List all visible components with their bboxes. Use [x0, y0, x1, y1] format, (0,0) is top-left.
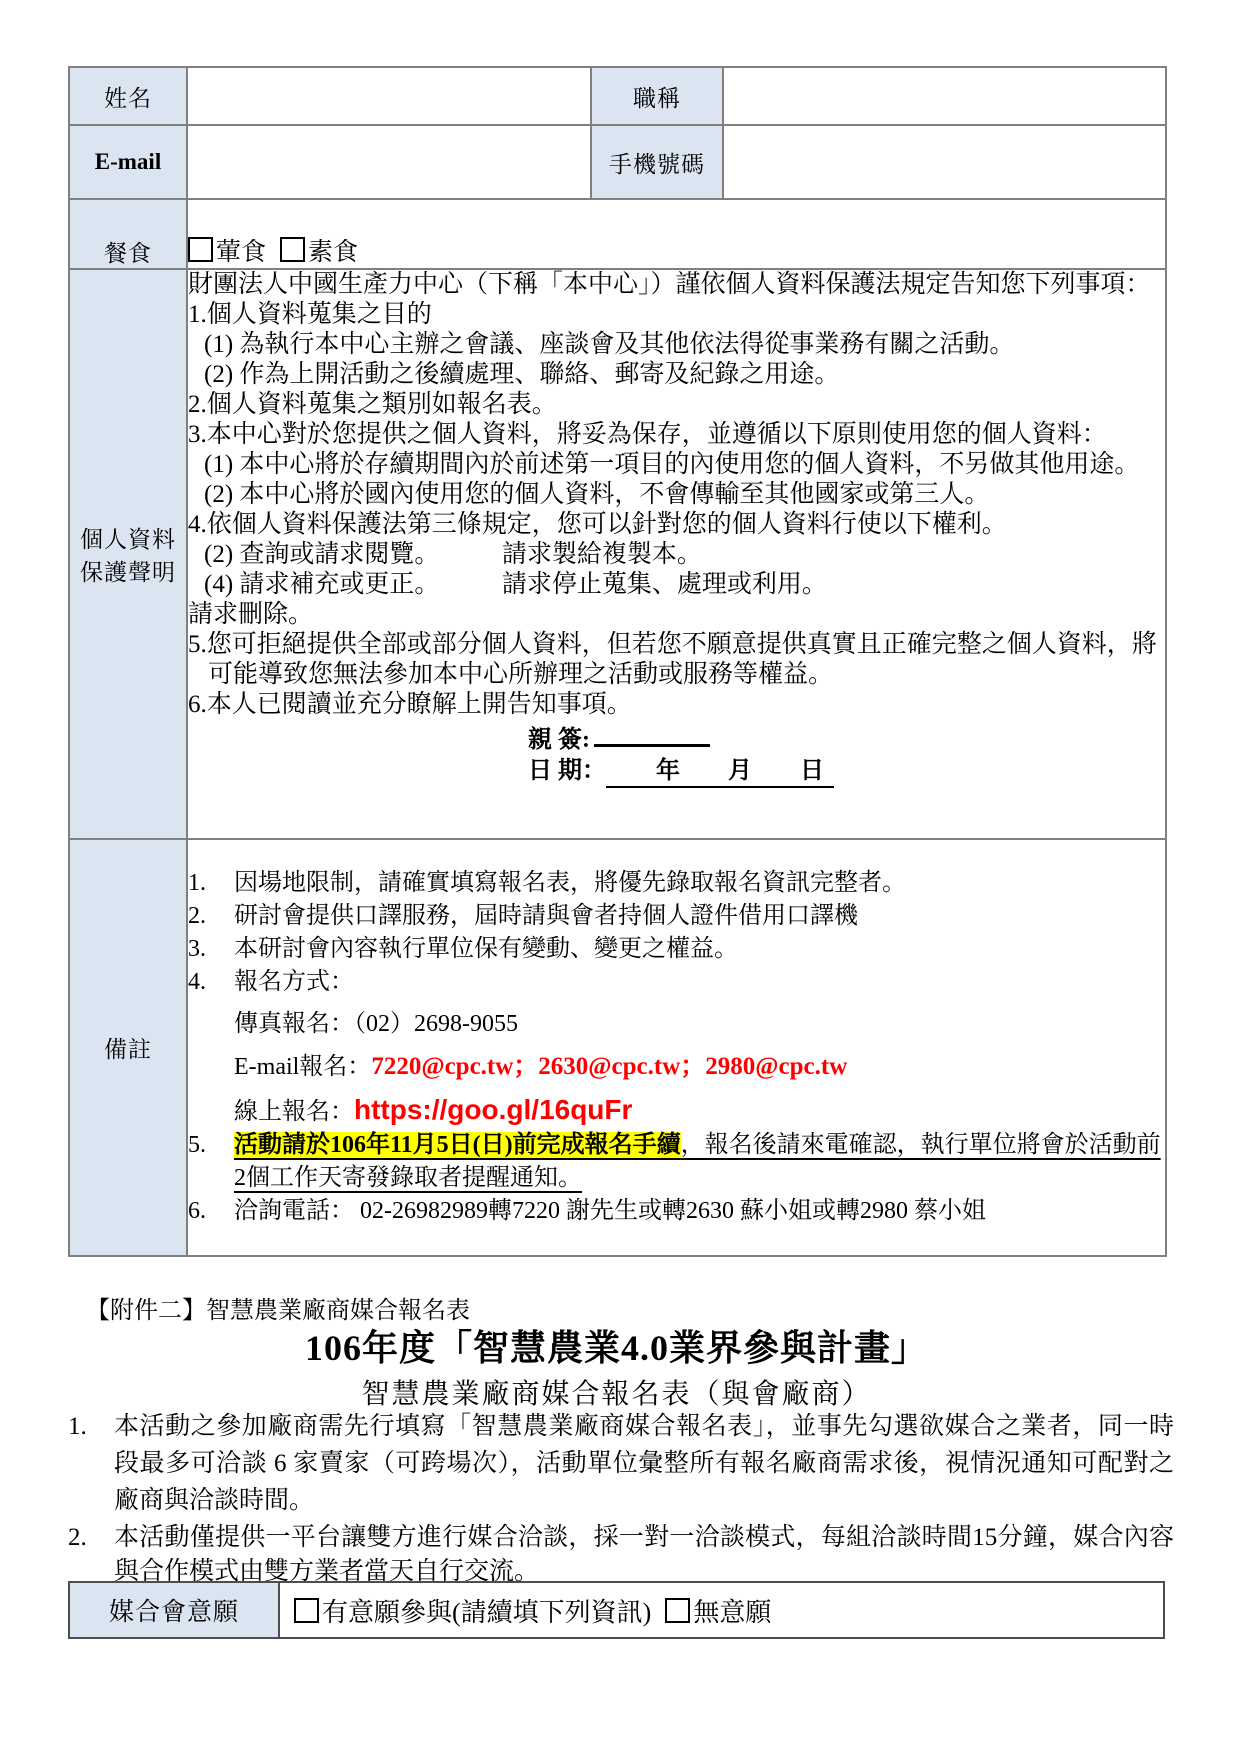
meat-checkbox-label: 葷食 [216, 239, 266, 266]
paragraph-number: 2. [68, 1521, 114, 1589]
online-registration-link[interactable]: https://goo.gl/16quFr [354, 1094, 632, 1125]
email-registration-line: E-mail報名：7220@cpc.tw；2630@cpc.tw；2980@cp… [234, 1050, 1165, 1084]
fax-line: 傳真報名：（02）2698-9055 [234, 1008, 1165, 1041]
mobile-input-cell[interactable] [723, 125, 1166, 199]
paragraph-number: 1. [68, 1408, 114, 1519]
remark-number: 4. [188, 966, 234, 999]
matching-options-cell: 有意願參與(請續填下列資訊)無意願 [279, 1582, 1164, 1638]
instruction-paragraph: 2. 本活動僅提供一平台讓雙方進行媒合洽談，採一對一洽談模式，每組洽談時間15分… [68, 1521, 1178, 1589]
fax-number: （02）2698-9055 [354, 1011, 518, 1037]
unwilling-checkbox-label: 無意願 [693, 1598, 771, 1627]
date-line: 日 期： 年 月 日 [528, 756, 1165, 788]
privacy-line: 6.本人已閱讀並充分瞭解上開告知事項。 [188, 690, 1165, 720]
remark-item: 3. 本研討會內容執行單位保有變動、變更之權益。 [188, 933, 1165, 966]
form-subtitle: 智慧農業廠商媒合報名表（與會廠商） [68, 1372, 1165, 1412]
paragraph-text: 本活動之參加廠商需先行填寫「智慧農業廠商媒合報名表」，並事先勾選欲媒合之業者，同… [114, 1408, 1178, 1519]
privacy-line: 5.您可拒絕提供全部或部分個人資料，但若您不願意提供真實且正確完整之個人資料，將… [188, 630, 1165, 690]
privacy-line: (2) 查詢或請求閱覽。 請求製給複製本。 [188, 540, 1165, 570]
jobtitle-input-cell[interactable] [723, 67, 1166, 125]
remark-text: 因場地限制，請確實填寫報名表，將優先錄取報名資訊完整者。 [234, 867, 1165, 900]
remark-number: 1. [188, 867, 234, 900]
veg-checkbox-label: 素食 [308, 239, 358, 266]
privacy-line: 1.個人資料蒐集之目的 [188, 300, 1165, 330]
email-input-cell[interactable] [187, 125, 591, 199]
email-label: E-mail [69, 125, 187, 199]
email-registration-label: E-mail報名： [234, 1054, 371, 1080]
remark-item: 1. 因場地限制，請確實填寫報名表，將優先錄取報名資訊完整者。 [188, 867, 1165, 900]
registration-table: 姓名 職稱 E-mail 手機號碼 餐食 葷食素食 個人資料 保護聲明 財團法人… [68, 66, 1167, 1257]
meat-checkbox[interactable] [188, 237, 213, 262]
privacy-label-line1: 個人資料 [70, 521, 186, 554]
meal-label: 餐食 [69, 199, 187, 269]
form-title: 106年度「智慧農業4.0業界參與計畫」 [68, 1320, 1165, 1371]
unwilling-checkbox[interactable] [665, 1598, 690, 1623]
table-row: 備註 1. 因場地限制，請確實填寫報名表，將優先錄取報名資訊完整者。 2. 研討… [69, 839, 1166, 1256]
jobtitle-label: 職稱 [591, 67, 723, 125]
veg-checkbox[interactable] [280, 237, 305, 262]
signature-line: 親 簽: [528, 722, 1165, 754]
remark-number: 3. [188, 933, 234, 966]
deadline-highlight: 活動請於106年11月5日(日)前完成報名手續 [234, 1132, 681, 1158]
remark-text: 研討會提供口譯服務，屆時請與會者持個人證件借用口譯機 [234, 900, 1165, 933]
table-row: 媒合會意願 有意願參與(請續填下列資訊)無意願 [69, 1582, 1164, 1638]
matching-willingness-table: 媒合會意願 有意願參與(請續填下列資訊)無意願 [68, 1581, 1165, 1639]
remark-number: 5. [188, 1129, 234, 1162]
date-label: 日 期： [528, 758, 606, 784]
remarks-list: 1. 因場地限制，請確實填寫報名表，將優先錄取報名資訊完整者。 2. 研討會提供… [187, 839, 1166, 1256]
privacy-line: (2) 作為上開活動之後續處理、聯絡、郵寄及紀錄之用途。 [188, 360, 1165, 390]
remark-item: 2. 研討會提供口譯服務，屆時請與會者持個人證件借用口譯機 [188, 900, 1165, 933]
remark-item: 5. 活動請於106年11月5日(日)前完成報名手續，報名後請來電確認，執行單位… [188, 1129, 1165, 1195]
remark-item: 6. 洽詢電話： 02-26982989轉7220 謝先生或轉2630 蘇小姐或… [188, 1195, 1165, 1228]
online-registration-label: 線上報名： [234, 1099, 354, 1125]
willing-checkbox[interactable] [294, 1598, 319, 1623]
instruction-paragraph: 1. 本活動之參加廠商需先行填寫「智慧農業廠商媒合報名表」，並事先勾選欲媒合之業… [68, 1408, 1178, 1519]
fax-label: 傳真報名： [234, 1011, 354, 1037]
remark-number: 6. [188, 1195, 234, 1228]
name-input-cell[interactable] [187, 67, 591, 125]
privacy-statement-text: 財團法人中國生產力中心（下稱「本中心」）謹依個人資料保護法規定告知您下列事項： … [187, 269, 1166, 839]
privacy-line: 財團法人中國生產力中心（下稱「本中心」）謹依個人資料保護法規定告知您下列事項： [188, 270, 1165, 300]
privacy-line: (1) 為執行本中心主辦之會議、座談會及其他依法得從事業務有關之活動。 [188, 330, 1165, 360]
table-row: E-mail 手機號碼 [69, 125, 1166, 199]
remark-text: 本研討會內容執行單位保有變動、變更之權益。 [234, 933, 1165, 966]
date-blank[interactable]: 年 月 日 [606, 756, 834, 788]
privacy-line: 4.依個人資料保護法第三條規定，您可以針對您的個人資料行使以下權利。 [188, 510, 1165, 540]
registration-method-title: 報名方式： [234, 966, 1165, 999]
privacy-line: 請求刪除。 [188, 600, 1165, 630]
privacy-line: (2) 本中心將於國內使用您的個人資料，不會傳輸至其他國家或第三人。 [188, 480, 1165, 510]
table-row: 姓名 職稱 [69, 67, 1166, 125]
privacy-line: (1) 本中心將於存續期間內於前述第一項目的內使用您的個人資料，不另做其他用途。 [188, 450, 1165, 480]
remark-item: 4. 報名方式： 傳真報名：（02）2698-9055 E-mail報名：722… [188, 966, 1165, 1129]
paragraph-text: 本活動僅提供一平台讓雙方進行媒合洽談，採一對一洽談模式，每組洽談時間15分鐘，媒… [114, 1521, 1178, 1589]
table-row: 餐食 葷食素食 [69, 199, 1166, 269]
deadline-notice: 活動請於106年11月5日(日)前完成報名手續，報名後請來電確認，執行單位將會於… [234, 1129, 1165, 1195]
online-registration-line: 線上報名：https://goo.gl/16quFr [234, 1093, 1165, 1129]
remark-number: 2. [188, 900, 234, 933]
meal-options-cell: 葷食素食 [187, 199, 1166, 269]
signature-label: 親 簽: [528, 727, 590, 753]
table-row: 個人資料 保護聲明 財團法人中國生產力中心（下稱「本中心」）謹依個人資料保護法規… [69, 269, 1166, 839]
registration-methods: 報名方式： 傳真報名：（02）2698-9055 E-mail報名：7220@c… [234, 966, 1165, 1129]
privacy-line: (4) 請求補充或更正。 請求停止蒐集、處理或利用。 [188, 570, 1165, 600]
remarks-label: 備註 [69, 839, 187, 1256]
contact-phone-text: 洽詢電話： 02-26982989轉7220 謝先生或轉2630 蘇小姐或轉29… [234, 1195, 1165, 1228]
matching-willingness-label: 媒合會意願 [69, 1582, 279, 1638]
name-label: 姓名 [69, 67, 187, 125]
email-addresses: 7220@cpc.tw；2630@cpc.tw；2980@cpc.tw [371, 1053, 847, 1080]
signature-blank[interactable] [594, 722, 710, 747]
willing-checkbox-label: 有意願參與(請續填下列資訊) [322, 1598, 651, 1627]
privacy-line: 2.個人資料蒐集之類別如報名表。 [188, 390, 1165, 420]
privacy-line: 3.本中心對於您提供之個人資料，將妥為保存，並遵循以下原則使用您的個人資料： [188, 420, 1165, 450]
privacy-statement-label: 個人資料 保護聲明 [69, 269, 187, 839]
privacy-label-line2: 保護聲明 [70, 554, 186, 587]
document-page: 姓名 職稱 E-mail 手機號碼 餐食 葷食素食 個人資料 保護聲明 財團法人… [0, 0, 1239, 1754]
mobile-label: 手機號碼 [591, 125, 723, 199]
